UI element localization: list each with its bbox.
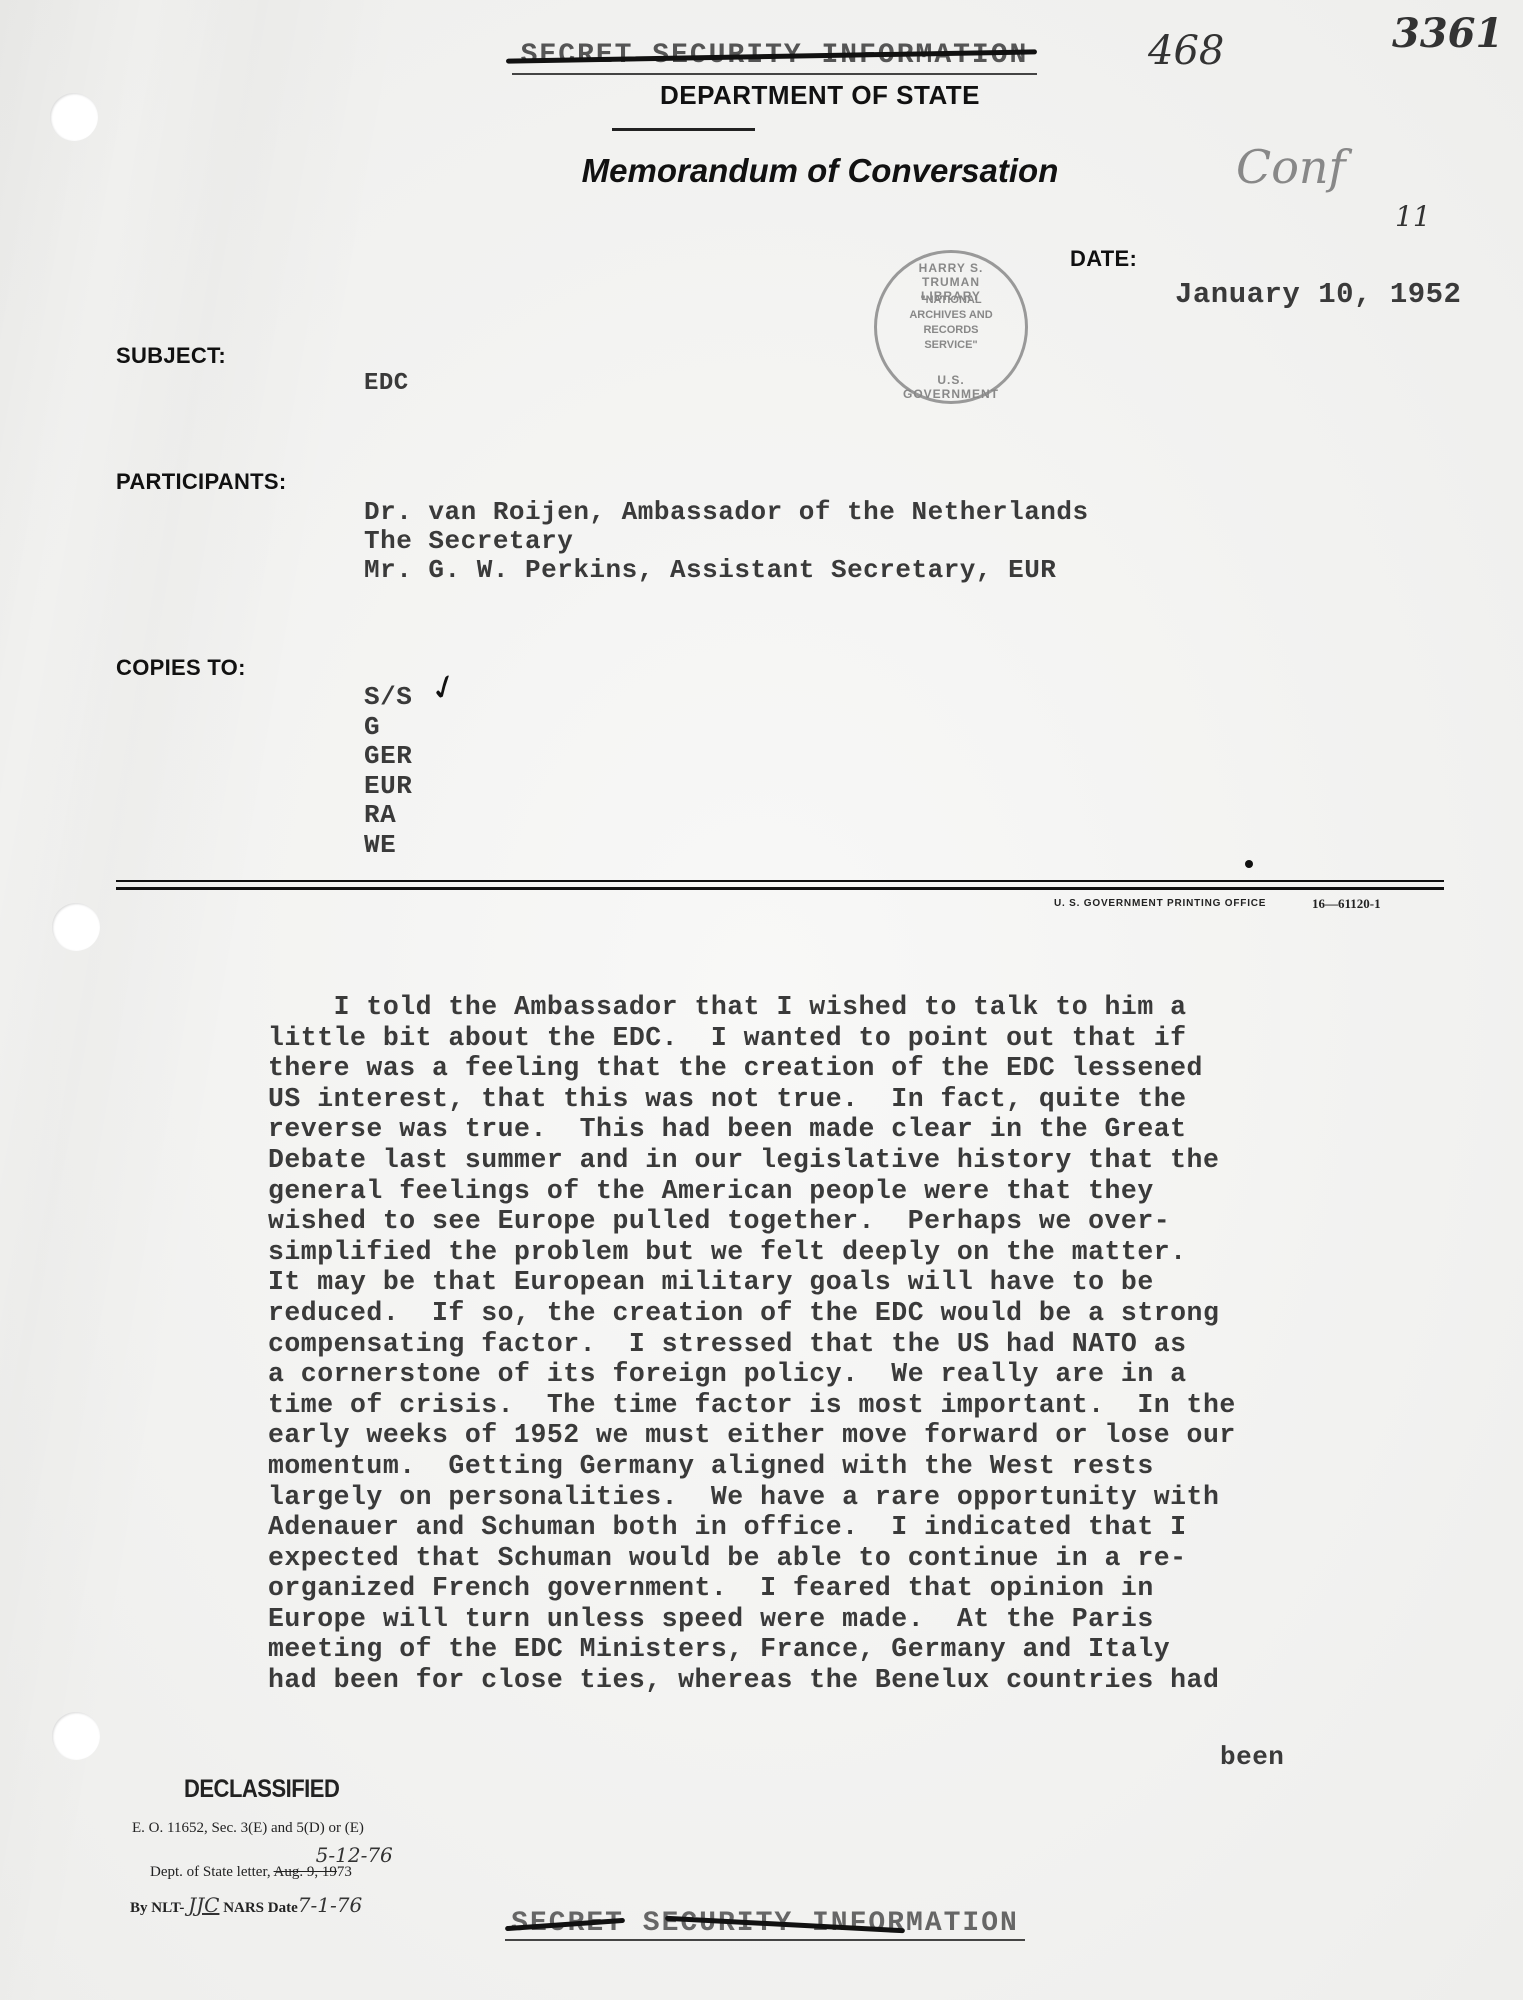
body-line: It may be that European military goals w… [268, 1267, 1388, 1298]
body-line: compensating factor. I stressed that the… [268, 1329, 1388, 1360]
stamp-line: RECORDS [905, 323, 997, 338]
handwritten-number-3361: 3361 [1392, 10, 1503, 57]
declass-nars-date: 7-1-76 [298, 1893, 362, 1917]
body-line: general feelings of the American people … [268, 1176, 1388, 1207]
body-line: early weeks of 1952 we must either move … [268, 1420, 1388, 1451]
checkmark-icon: ✓ [424, 664, 464, 711]
form-number: 16—61120-1 [1312, 896, 1381, 912]
declass-handwritten-date: 5-12-76 [316, 1843, 393, 1867]
body-line: Debate last summer and in our legislativ… [268, 1145, 1388, 1176]
copy-recipient: S/S [364, 683, 412, 713]
stamp-ring-bottom: U.S. GOVERNMENT [895, 373, 1007, 401]
body-line: I told the Ambassador that I wished to t… [268, 992, 1388, 1023]
body-line: time of crisis. The time factor is most … [268, 1390, 1388, 1421]
body-line: expected that Schuman would be able to c… [268, 1543, 1388, 1574]
punch-hole [52, 903, 100, 951]
body-line: wished to see Europe pulled together. Pe… [268, 1206, 1388, 1237]
body-line: had been for close ties, whereas the Ben… [268, 1665, 1388, 1696]
date-label: DATE: [1070, 246, 1137, 272]
copies-list: S/S G GER EUR RA WE [364, 683, 412, 860]
copy-recipient: WE [364, 831, 412, 861]
body-line: meeting of the EDC Ministers, France, Ge… [268, 1634, 1388, 1665]
participant: The Secretary [364, 527, 1089, 556]
body-line: US interest, that this was not true. In … [268, 1084, 1388, 1115]
body-line: reverse was true. This had been made cle… [268, 1114, 1388, 1145]
stamp-inner: "NATIONAL ARCHIVES AND RECORDS SERVICE" [905, 293, 997, 353]
body-line: largely on personalities. We have a rare… [268, 1482, 1388, 1513]
body-line: Europe will turn unless speed were made.… [268, 1604, 1388, 1635]
participants-label: PARTICIPANTS: [116, 469, 287, 495]
handwritten-mark: 11 [1395, 200, 1431, 233]
date-value: January 10, 1952 [1175, 278, 1461, 311]
declass-authority: E. O. 11652, Sec. 3(E) and 5(D) or (E) [132, 1820, 364, 1837]
body-line: little bit about the EDC. I wanted to po… [268, 1023, 1388, 1054]
declass-initials: JJC [188, 1893, 219, 1917]
copy-recipient: GER [364, 742, 412, 772]
subject-value: EDC [364, 370, 409, 397]
copy-recipient: EUR [364, 772, 412, 802]
participant: Mr. G. W. Perkins, Assistant Secretary, … [364, 556, 1089, 585]
subject-label: SUBJECT: [116, 343, 226, 369]
punch-hole [52, 1712, 100, 1760]
handwritten-conf: Conf [1236, 140, 1346, 194]
printing-office: U. S. GOVERNMENT PRINTING OFFICE [1054, 898, 1266, 909]
body-line: organized French government. I feared th… [268, 1573, 1388, 1604]
declassified-title: DECLASSIFIED [184, 1774, 339, 1804]
archive-stamp: HARRY S. TRUMAN LIBRARY "NATIONAL ARCHIV… [874, 250, 1028, 404]
stamp-line: "NATIONAL [905, 293, 997, 308]
body-line: a cornerstone of its foreign policy. We … [268, 1359, 1388, 1390]
classification-marking-top: SECRET SECURITY INFORMATION [512, 40, 1037, 71]
declass-letter: Dept. of State letter, Aug. 9, 1973 5-12… [150, 1857, 433, 1881]
body-line: simplified the problem but we felt deepl… [268, 1237, 1388, 1268]
stamp-line: ARCHIVES AND [905, 308, 997, 323]
department-heading: DEPARTMENT OF STATE [0, 80, 1523, 111]
declass-by-line: By NLT- JJC NARS Date7-1-76 [130, 1893, 362, 1917]
heading-rule [612, 128, 755, 131]
copies-to-label: COPIES TO: [116, 655, 246, 681]
declass-nars-label: NARS Date [223, 1900, 298, 1916]
participant: Dr. van Roijen, Ambassador of the Nether… [364, 498, 1089, 527]
memo-body: I told the Ambassador that I wished to t… [268, 992, 1388, 1696]
declass-by-prefix: By NLT- [130, 1900, 184, 1916]
body-line: momentum. Getting Germany aligned with t… [268, 1451, 1388, 1482]
stamp-line: SERVICE" [905, 338, 997, 353]
body-line: reduced. If so, the creation of the EDC … [268, 1298, 1388, 1329]
declass-letter-prefix: Dept. of State letter, [150, 1864, 271, 1880]
handwritten-number-468: 468 [1148, 28, 1224, 74]
underline [512, 73, 1037, 75]
ink-dot [1245, 860, 1253, 868]
copy-recipient: G [364, 713, 412, 743]
body-line: Adenauer and Schuman both in office. I i… [268, 1512, 1388, 1543]
double-rule [116, 880, 1444, 890]
continued-word: been [1220, 1742, 1284, 1772]
classification-marking-bottom: SECRET SECURITY INFORMATION [505, 1908, 1025, 1939]
underline [505, 1939, 1025, 1941]
body-line: there was a feeling that the creation of… [268, 1053, 1388, 1084]
copy-recipient: RA [364, 801, 412, 831]
participants-list: Dr. van Roijen, Ambassador of the Nether… [364, 498, 1089, 585]
